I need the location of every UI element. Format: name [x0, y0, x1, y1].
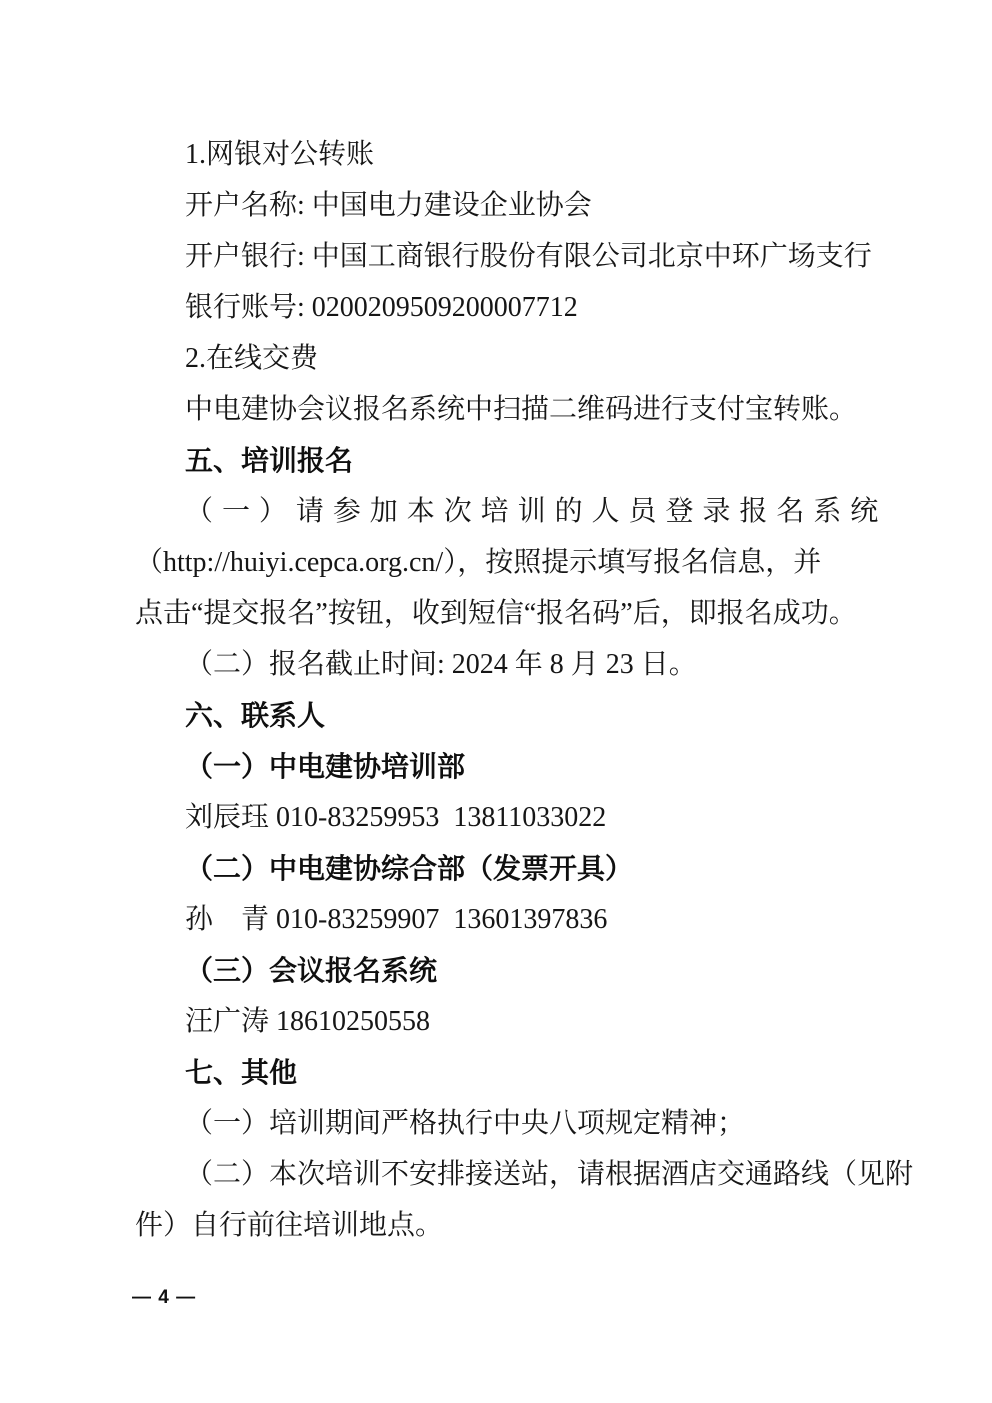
line-other-rule-2b: 件）自行前往培训地点。 — [135, 1200, 875, 1251]
heading-section-6-contacts: 六、联系人 — [135, 690, 875, 741]
line-registration-url: （http://huiyi.cepca.org.cn/），按照提示填写报名信息，… — [135, 537, 875, 588]
line-contact-training-dept: 刘辰珏 010-83259953 13811033022 — [135, 792, 875, 843]
heading-contact-meeting-system: （三）会议报名系统 — [135, 945, 875, 996]
line-other-rule-2a: （二）本次培训不安排接送站，请根据酒店交通路线（见附 — [135, 1149, 875, 1200]
line-contact-general-dept: 孙 青 010-83259907 13601397836 — [135, 894, 875, 945]
line-payment-method-2: 2.在线交费 — [135, 333, 875, 384]
document-page: 1.网银对公转账 开户名称: 中国电力建设企业协会 开户银行: 中国工商银行股份… — [0, 0, 992, 1403]
line-account-number: 银行账号: 0200209509200007712 — [135, 282, 875, 333]
document-body: 1.网银对公转账 开户名称: 中国电力建设企业协会 开户银行: 中国工商银行股份… — [135, 129, 875, 1251]
line-registration-deadline: （二）报名截止时间: 2024 年 8 月 23 日。 — [135, 639, 875, 690]
line-alipay-note: 中电建协会议报名系统中扫描二维码进行支付宝转账。 — [135, 384, 875, 435]
heading-section-7-other: 七、其他 — [135, 1047, 875, 1098]
line-registration-instruction-1: （一）请参加本次培训的人员登录报名系统 — [135, 486, 875, 537]
line-bank-name: 开户银行: 中国工商银行股份有限公司北京中环广场支行 — [135, 231, 875, 282]
page-number: — 4 — — [132, 1287, 196, 1308]
heading-contact-general-dept: （二）中电建协综合部（发票开具） — [135, 843, 875, 894]
heading-section-5-registration: 五、培训报名 — [135, 435, 875, 486]
heading-contact-training-dept: （一）中电建协培训部 — [135, 741, 875, 792]
line-contact-meeting-system: 汪广涛 18610250558 — [135, 996, 875, 1047]
line-other-rule-1: （一）培训期间严格执行中央八项规定精神； — [135, 1098, 875, 1149]
line-account-name: 开户名称: 中国电力建设企业协会 — [135, 180, 875, 231]
line-payment-method-1: 1.网银对公转账 — [135, 129, 875, 180]
line-registration-instruction-2: 点击“提交报名”按钮，收到短信“报名码”后，即报名成功。 — [135, 588, 875, 639]
page-footer: — 4 — — [132, 1284, 196, 1312]
